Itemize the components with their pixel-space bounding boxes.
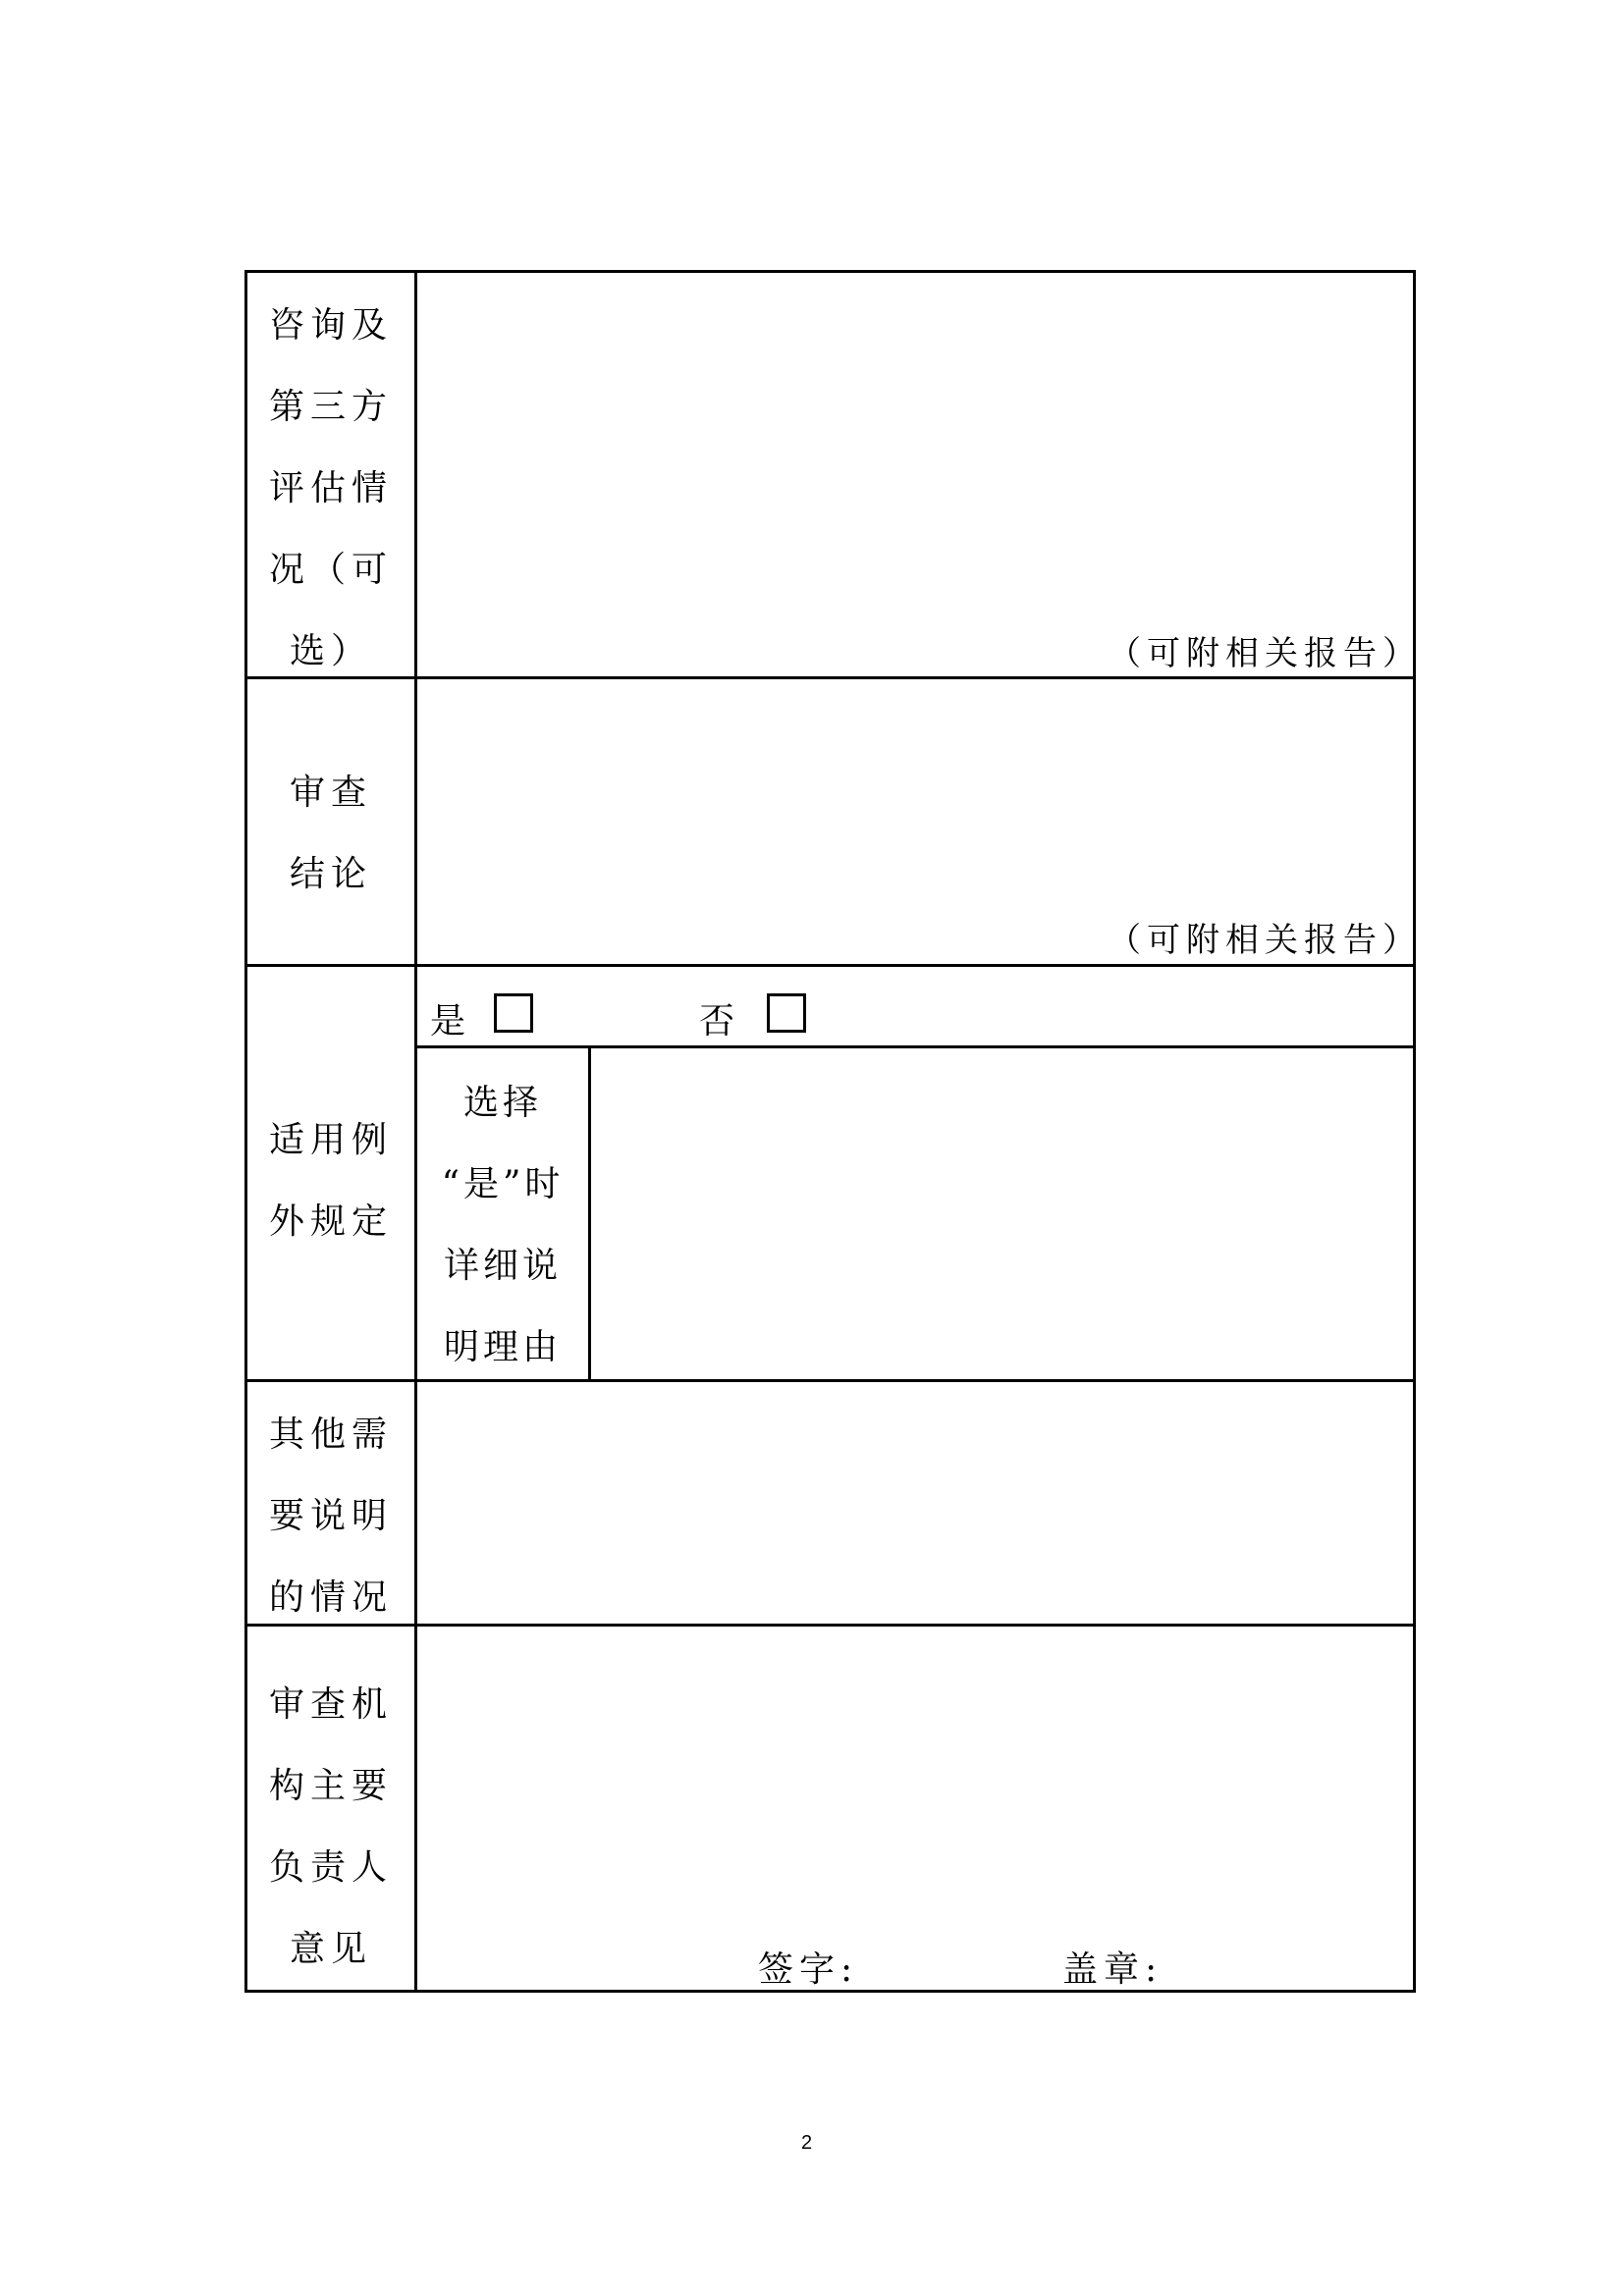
- label-line: 意见: [247, 1908, 414, 1990]
- consultation-assessment-field[interactable]: [417, 273, 1413, 676]
- option-yes-checkbox[interactable]: [494, 993, 533, 1033]
- reason-sub-label: 选择 “是”时 详细说 明理由: [417, 1062, 588, 1388]
- label-line: 选择: [417, 1062, 588, 1144]
- label-line: 详细说: [417, 1225, 588, 1307]
- label-line: 选）: [247, 611, 414, 692]
- label-line: 审查: [247, 752, 414, 833]
- attach-report-note: （可附相关报告）: [1108, 626, 1422, 674]
- row-label-exception-provisions: 适用例 外规定: [247, 1099, 414, 1262]
- row-label-review-conclusion: 审查 结论: [247, 752, 414, 915]
- row-divider-2: [244, 964, 1416, 967]
- label-line: 第三方: [247, 366, 414, 448]
- option-no-label: 否: [699, 993, 740, 1043]
- label-line: 外规定: [247, 1181, 414, 1262]
- agency-head-opinion-field[interactable]: [417, 1627, 1413, 1990]
- label-line: “是”时: [417, 1144, 588, 1225]
- other-matters-field[interactable]: [417, 1382, 1413, 1624]
- label-line: 要说明: [247, 1475, 414, 1557]
- label-line: 明理由: [417, 1307, 588, 1388]
- seal-field[interactable]: [1159, 1939, 1409, 1986]
- label-line: 评估情: [247, 448, 414, 529]
- label-line: 构主要: [247, 1745, 414, 1827]
- signature-field[interactable]: [854, 1939, 1051, 1986]
- option-yes-label: 是: [430, 993, 471, 1043]
- label-line: 况（可: [247, 529, 414, 611]
- row-label-agency-head-opinion: 审查机 构主要 负责人 意见: [247, 1664, 414, 1990]
- table-border-right: [1413, 270, 1416, 1993]
- row-label-consultation-assessment: 咨询及 第三方 评估情 况（可 选）: [247, 285, 414, 692]
- option-no-checkbox[interactable]: [767, 993, 806, 1033]
- seal-label: 盖章:: [1062, 1942, 1163, 1992]
- row-label-other-matters: 其他需 要说明 的情况: [247, 1394, 414, 1638]
- label-line: 负责人: [247, 1827, 414, 1908]
- label-line: 审查机: [247, 1664, 414, 1745]
- label-line: 的情况: [247, 1557, 414, 1638]
- label-line: 其他需: [247, 1394, 414, 1475]
- label-line: 适用例: [247, 1099, 414, 1181]
- label-line: 结论: [247, 833, 414, 915]
- attach-report-note: （可附相关报告）: [1108, 913, 1422, 961]
- exception-reason-field[interactable]: [591, 1048, 1413, 1379]
- page-number: 2: [801, 2132, 812, 2155]
- signature-label: 签字:: [758, 1942, 858, 1992]
- label-line: 咨询及: [247, 285, 414, 366]
